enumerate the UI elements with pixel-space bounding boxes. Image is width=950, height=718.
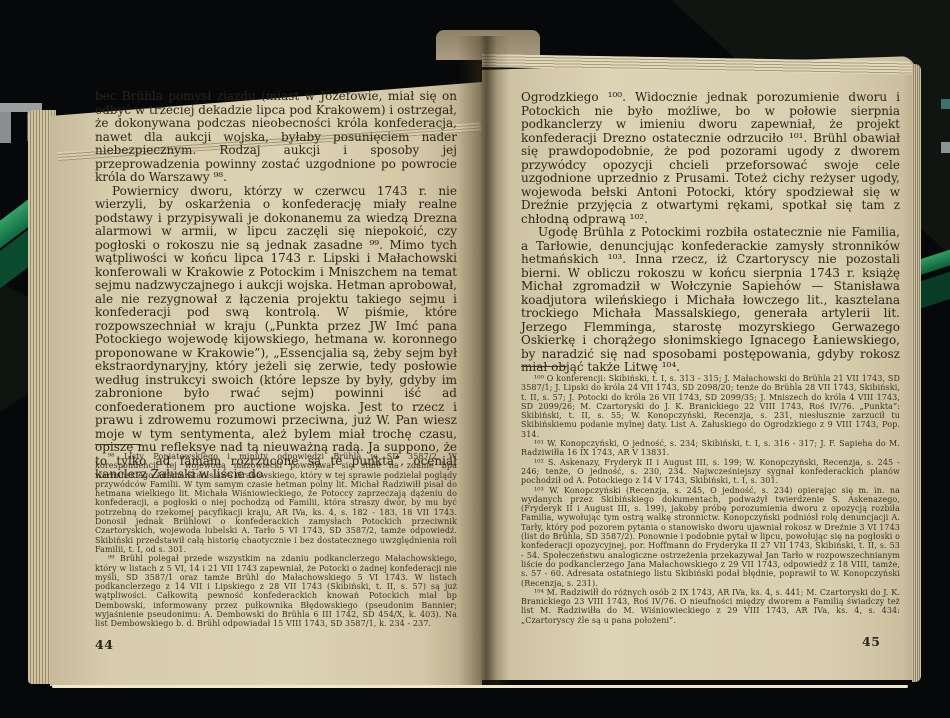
- paragraph: Powiernicy dworu, którzy w czerwcu 1743 …: [95, 185, 457, 482]
- page-number-left: 44: [95, 637, 113, 652]
- right-page-body: Ogrodzkiego ¹⁰⁰. Widocznie jednak porozu…: [521, 91, 900, 375]
- gray-square-marker: [941, 142, 950, 153]
- footnote-divider: [521, 366, 567, 367]
- footnote: ⁹⁹ Brühl polegał przede wszystkim na zda…: [95, 554, 457, 628]
- teal-square-marker: [941, 99, 950, 109]
- photo-background: { "colors": { "background": "#07080a", "…: [0, 0, 950, 718]
- footnote: ¹⁰³ W. Konopczyński (Recenzja, s. 245, O…: [521, 486, 900, 588]
- footnote: ¹⁰⁴ M. Radziwiłł do różnych osób 2 IX 17…: [521, 588, 900, 625]
- book-gutter-shadow: [458, 36, 510, 686]
- paragraph: bec Brühla pomysł zjazdu (miast w Józefo…: [95, 90, 457, 185]
- page-bottom-edge: [52, 685, 908, 688]
- page-number-right: 45: [862, 634, 880, 649]
- paragraph: Ogrodzkiego ¹⁰⁰. Widocznie jednak porozu…: [521, 91, 900, 226]
- footnote-divider: [95, 444, 141, 445]
- left-page-footnotes: ⁹⁸ Listy Poniatowskiego i minuty odpowie…: [95, 452, 457, 629]
- page-edges-right: [912, 64, 921, 682]
- footnote: ¹⁰⁰ O konferencji: Skibiński, t. I, s. 3…: [521, 374, 900, 439]
- footnote: ¹⁰¹ W. Konopczyński, O jedność, s. 234; …: [521, 439, 900, 458]
- right-page-footnotes: ¹⁰⁰ O konferencji: Skibiński, t. I, s. 3…: [521, 374, 900, 625]
- left-page-body: bec Brühla pomysł zjazdu (miast w Józefo…: [95, 90, 457, 482]
- footnote: ⁹⁸ Listy Poniatowskiego i minuty odpowie…: [95, 452, 457, 554]
- gray-bracket-shape: [0, 112, 11, 143]
- paragraph: Ugodę Brühla z Potockimi rozbiła ostatec…: [521, 226, 900, 375]
- footnote: ¹⁰² S. Askenazy, Fryderyk II i August II…: [521, 458, 900, 486]
